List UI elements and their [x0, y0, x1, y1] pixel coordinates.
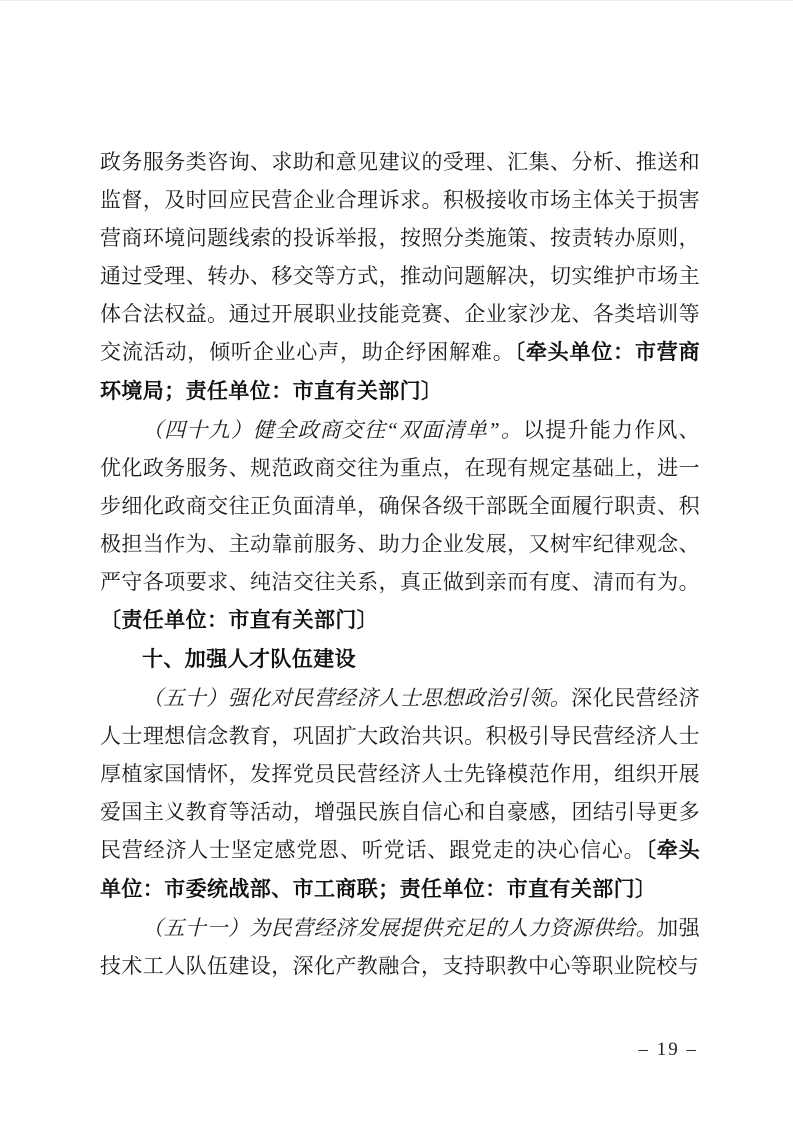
text-run-kai: （四十九）健全政商交往“双面清单”。 [142, 418, 523, 442]
paragraph-49: （四十九）健全政商交往“双面清单”。以提升能力作风、优化政务服务、规范政商交往为… [100, 411, 700, 640]
paragraph-48-continuation: 政务服务类咨询、求助和意见建议的受理、汇集、分析、推送和监督，及时回应民营企业合… [100, 143, 700, 411]
text-run-body: 深化民营经济人士理想信念教育，巩固扩大政治共识。积极引导民营经济人士厚植家国情怀… [100, 686, 700, 862]
document-body: 政务服务类咨询、求助和意见建议的受理、汇集、分析、推送和监督，及时回应民营企业合… [100, 143, 700, 985]
section-heading-ten: 十、加强人才队伍建设 [100, 640, 700, 679]
text-run-body: 以提升能力作风、优化政务服务、规范政商交往为重点，在现有规定基础上，进一步细化政… [100, 418, 700, 594]
text-run-kai: （五十一）为民营经济发展提供充足的人力资源供给。 [142, 916, 657, 940]
text-run-hei: 十、加强人才队伍建设 [142, 648, 356, 671]
text-run-kai: （五十）强化对民营经济人士思想政治引领。 [142, 686, 571, 710]
page-number: – 19 – [639, 1039, 699, 1061]
text-run-body: 政务服务类咨询、求助和意见建议的受理、汇集、分析、推送和监督，及时回应民营企业合… [100, 150, 700, 364]
paragraph-50: （五十）强化对民营经济人士思想政治引领。深化民营经济人士理想信念教育，巩固扩大政… [100, 679, 700, 909]
text-run-hei: 〔责任单位：市直有关部门〕 [100, 609, 378, 632]
paragraph-51: （五十一）为民营经济发展提供充足的人力资源供给。加强技术工人队伍建设，深化产教融… [100, 909, 700, 985]
document-page: 政务服务类咨询、求助和意见建议的受理、汇集、分析、推送和监督，及时回应民营企业合… [0, 0, 793, 1123]
